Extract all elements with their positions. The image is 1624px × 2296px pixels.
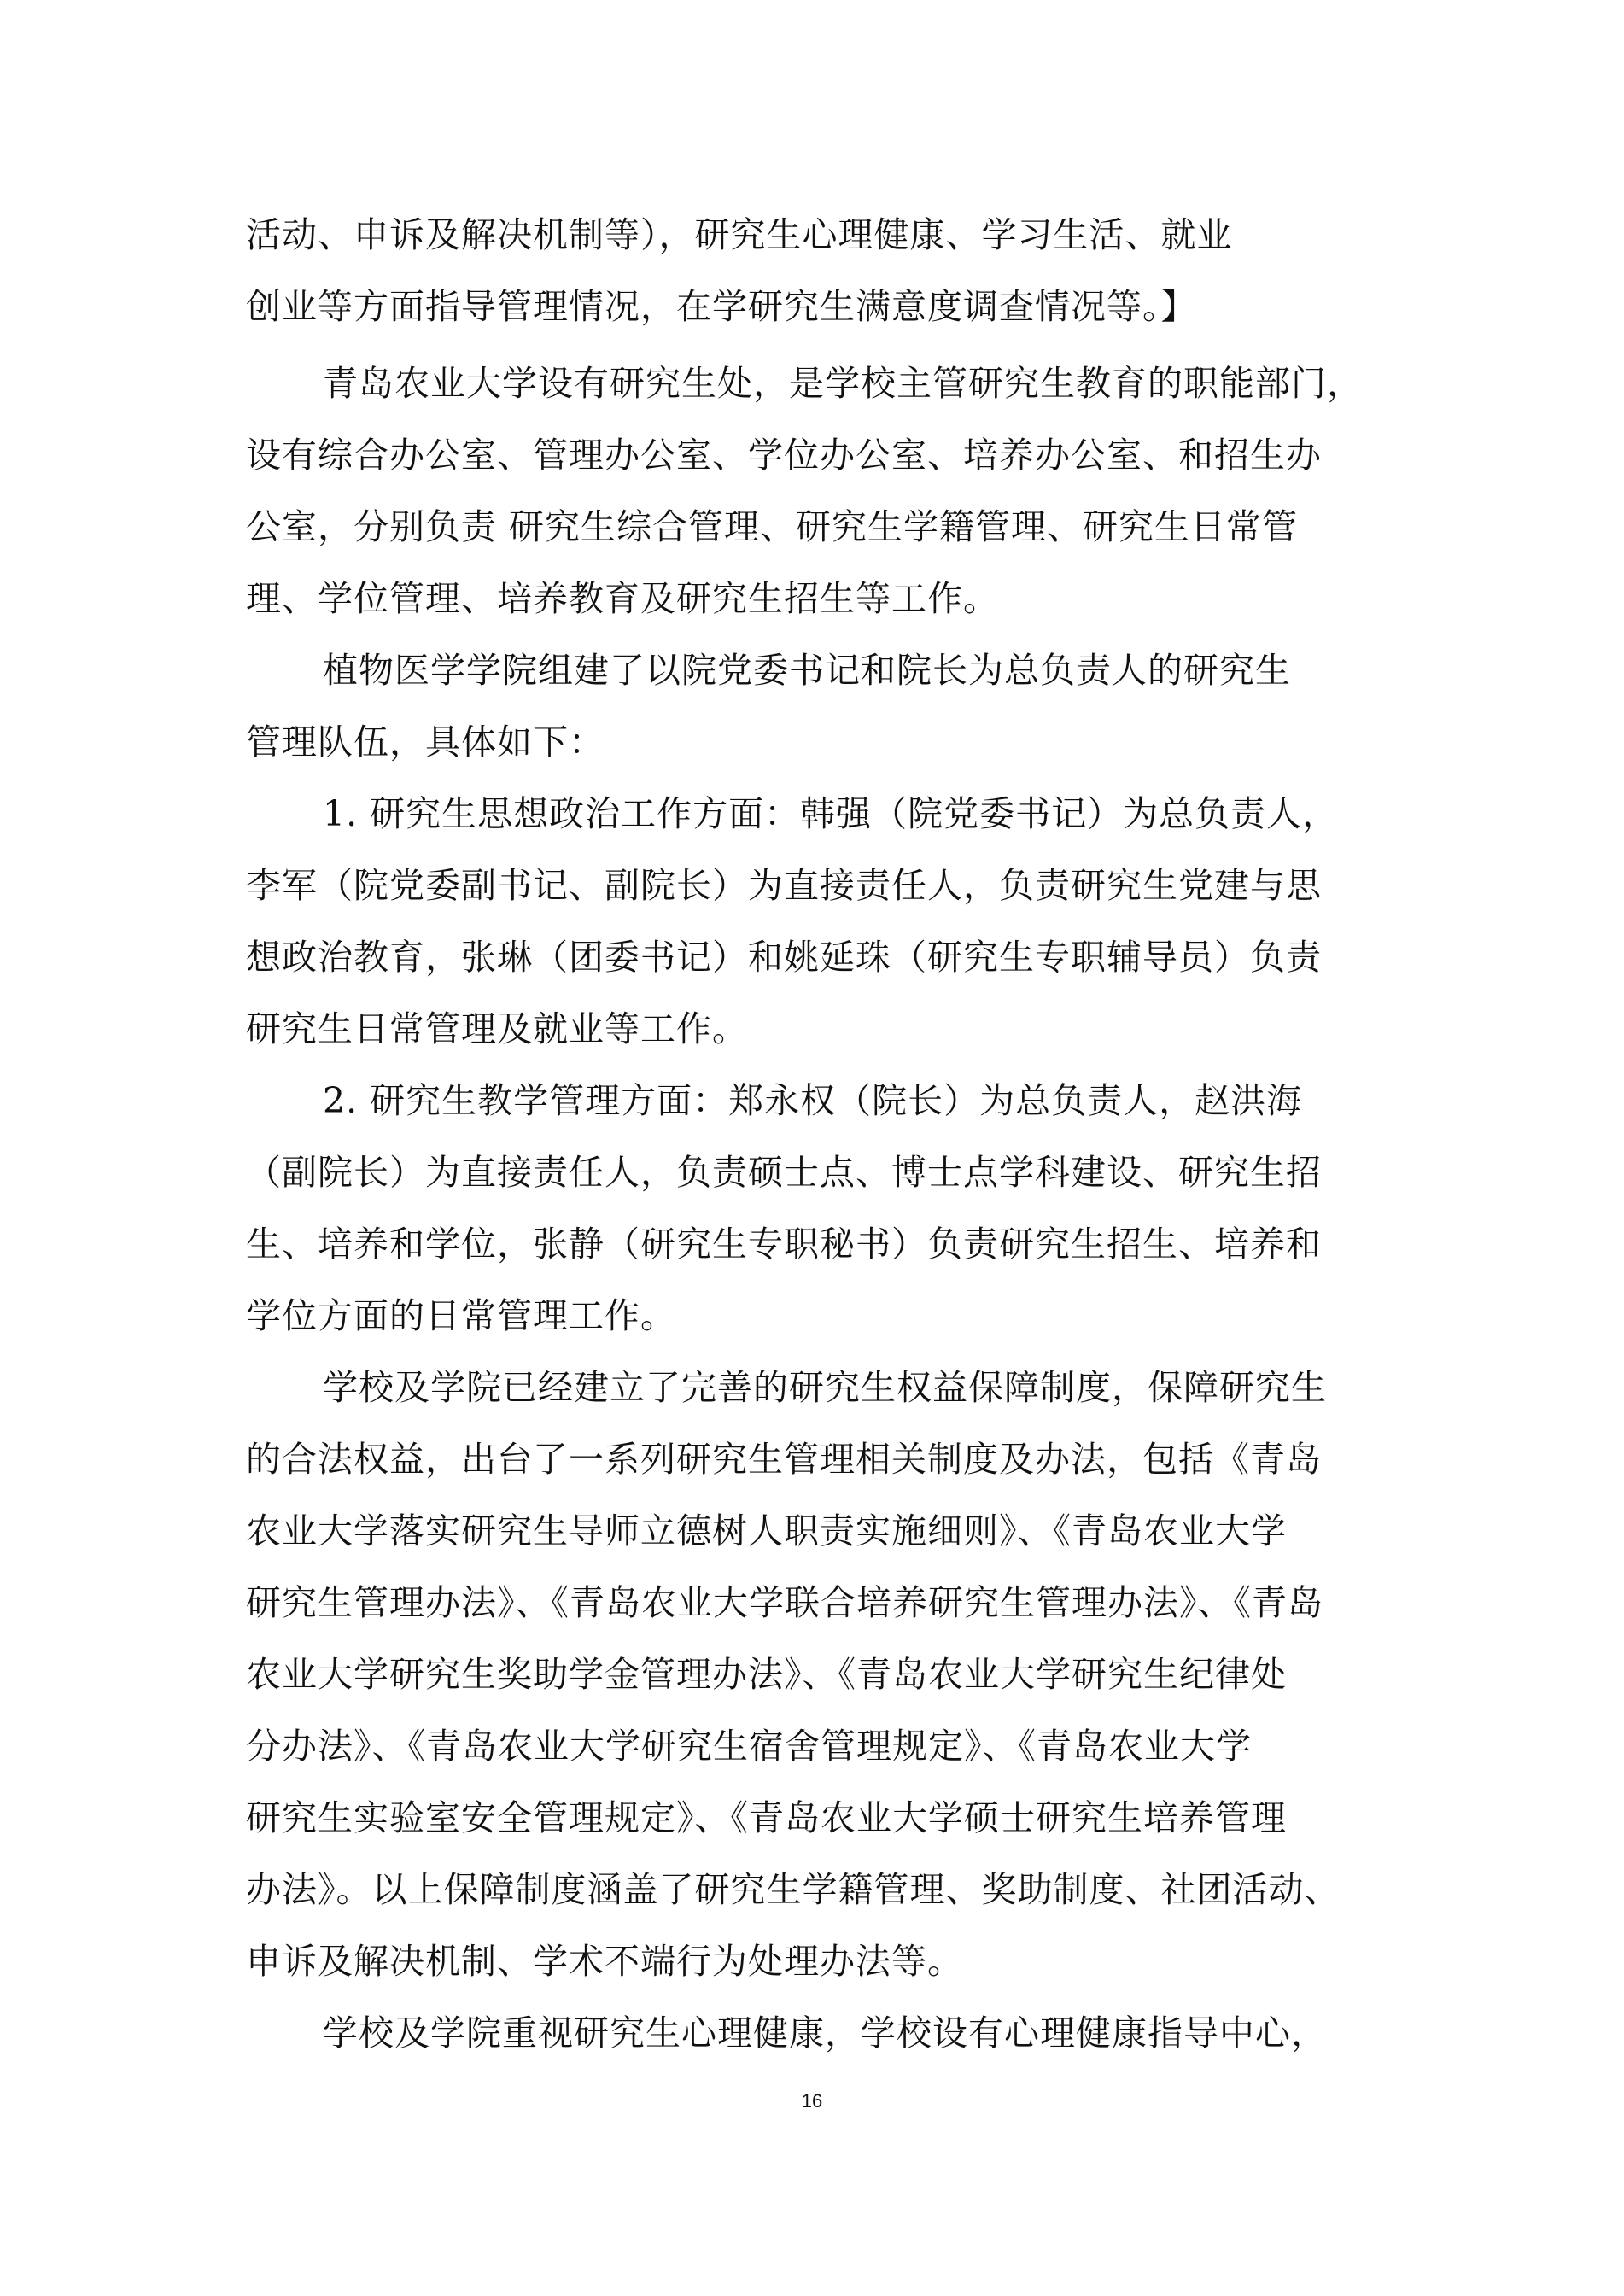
- paragraph-first-line: 2. 研究生教学管理方面：郑永权（院长）为总负责人，赵洪海: [323, 1079, 1302, 1122]
- text-line: 活动、申诉及解决机制等），研究生心理健康、学习生活、就业: [246, 213, 1233, 256]
- text-line: 研究生日常管理及就业等工作。: [246, 1008, 748, 1050]
- text-line: 生、培养和学位，张静（研究生专职秘书）负责研究生招生、培养和: [246, 1223, 1322, 1265]
- text-line: 设有综合办公室、管理办公室、学位办公室、培养办公室、和招生办: [246, 434, 1322, 476]
- paragraph-first-line: 植物医学学院组建了以院党委书记和院长为总负责人的研究生: [323, 649, 1291, 692]
- text-line: 公室，分别负责 研究生综合管理、研究生学籍管理、研究生日常管: [246, 505, 1298, 548]
- text-line: 管理队伍，具体如下：: [246, 721, 605, 763]
- text-line: 办法》。以上保障制度涵盖了研究生学籍管理、奖助制度、社团活动、: [246, 1868, 1341, 1911]
- paragraph-first-line: 青岛农业大学设有研究生处，是学校主管研究生教育的职能部门，: [323, 362, 1363, 405]
- text-line: 的合法权益，出台了一系列研究生管理相关制度及办法，包括《青岛: [246, 1438, 1322, 1481]
- text-line: 申诉及解决机制、学术不端行为处理办法等。: [246, 1940, 963, 1983]
- paragraph-first-line: 1. 研究生思想政治工作方面：韩强（院党委书记）为总负责人，: [323, 792, 1338, 835]
- text-line: （副院长）为直接责任人，负责硕士点、博士点学科建设、研究生招: [246, 1151, 1322, 1194]
- text-line: 研究生实验室安全管理规定》、《青岛农业大学硕士研究生培养管理: [246, 1796, 1287, 1839]
- document-page: 活动、申诉及解决机制等），研究生心理健康、学习生活、就业创业等方面指导管理情况，…: [0, 0, 1624, 2296]
- text-line: 李军（院党委副书记、副院长）为直接责任人，负责研究生党建与思: [246, 864, 1322, 907]
- text-line: 分办法》、《青岛农业大学研究生宿舍管理规定》、《青岛农业大学: [246, 1725, 1252, 1767]
- paragraph-first-line: 学校及学院重视研究生心理健康，学校设有心理健康指导中心，: [323, 2012, 1327, 2054]
- text-line: 农业大学研究生奖助学金管理办法》、《青岛农业大学研究生纪律处: [246, 1653, 1287, 1696]
- text-line: 创业等方面指导管理情况，在学研究生满意度调查情况等。】: [246, 285, 1197, 328]
- text-line: 学位方面的日常管理工作。: [246, 1294, 676, 1337]
- text-line: 想政治教育，张琳（团委书记）和姚延珠（研究生专职辅导员）负责: [246, 936, 1322, 979]
- text-line: 研究生管理办法》、《青岛农业大学联合培养研究生管理办法》、《青岛: [246, 1581, 1323, 1624]
- paragraph-first-line: 学校及学院已经建立了完善的研究生权益保障制度，保障研究生: [323, 1366, 1327, 1409]
- page-number: 16: [0, 2090, 1624, 2112]
- text-line: 理、学位管理、培养教育及研究生招生等工作。: [246, 577, 999, 620]
- text-line: 农业大学落实研究生导师立德树人职责实施细则》、《青岛农业大学: [246, 1510, 1287, 1552]
